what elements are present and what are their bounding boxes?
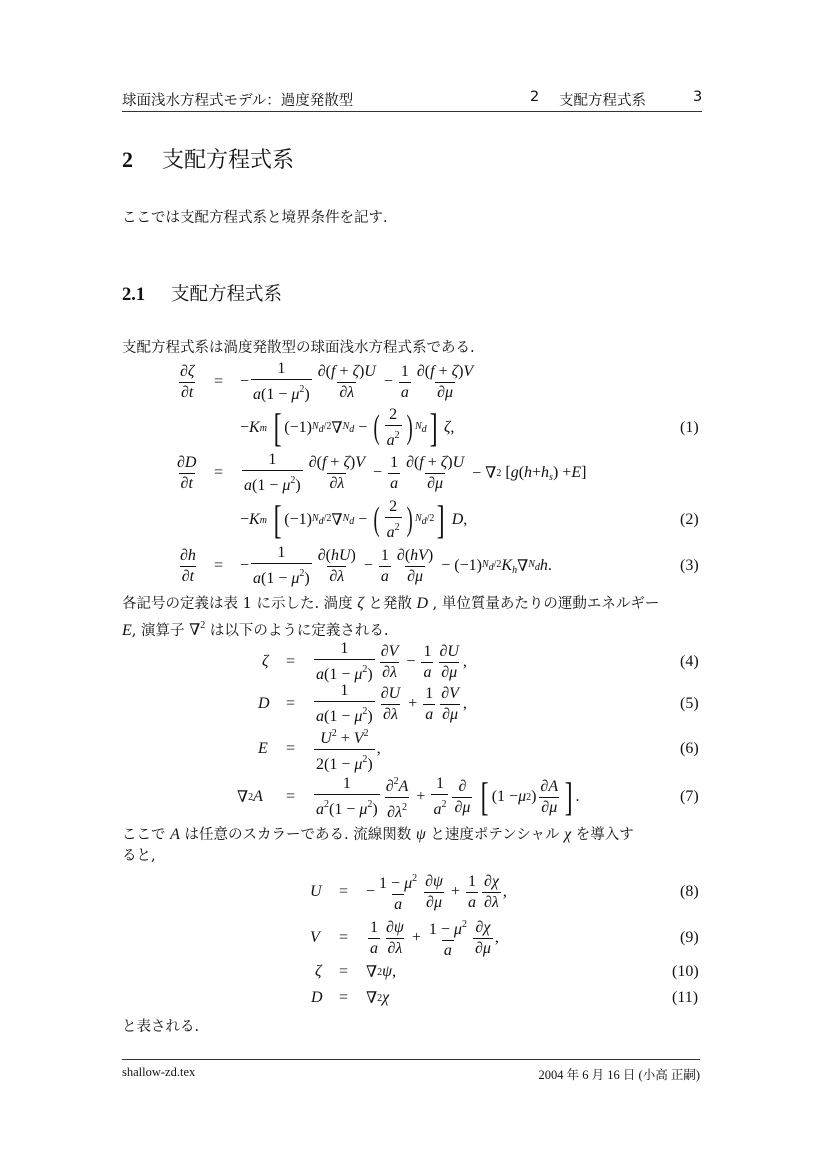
text: を導入す: [571, 827, 634, 843]
section-heading: 2 支配方程式系: [122, 143, 294, 174]
text: は任意のスカラーである. 流線関数: [180, 827, 416, 843]
intro-paragraph: ここでは支配方程式系と境界条件を記す.: [122, 208, 388, 229]
text: , 単位質量あたりの運動エネルギー: [428, 596, 659, 612]
section-number: 2: [122, 147, 133, 172]
footer-date-author: 2004 年 6 月 16 日 (小高 正嗣): [539, 1065, 700, 1083]
subsection-number: 2.1: [122, 285, 145, 305]
subsection-heading: 2.1 支配方程式系: [122, 280, 282, 306]
text: と速度ポテンシャル: [426, 827, 564, 843]
header-rule: [122, 111, 702, 112]
text: と発散: [364, 596, 417, 612]
text: ると,: [122, 848, 156, 864]
subsection-title: 支配方程式系: [171, 284, 282, 305]
text: , 演算子: [132, 623, 189, 639]
running-header-section-number: 2: [530, 89, 539, 105]
running-header-title: 球面浅水方程式モデル：過度発散型: [122, 89, 353, 110]
page-number: 3: [693, 89, 702, 105]
running-header-section-title: 支配方程式系: [559, 89, 646, 110]
section-title: 支配方程式系: [162, 148, 294, 173]
text: 各記号の定義は表 1 に示した. 渦度: [122, 596, 357, 612]
closing-text: と表される.: [122, 1017, 199, 1038]
text: は以下のように定義される.: [205, 623, 388, 639]
paragraph-potentials: ここで A は任意のスカラーである. 流線関数 ψ と速度ポテンシャル χ を導…: [122, 824, 712, 867]
paragraph-definitions: 各記号の定義は表 1 に示した. 渦度 ζ と発散 D , 単位質量あたりの運動…: [122, 593, 712, 642]
text: ここで: [122, 827, 170, 843]
footer-filename: shallow-zd.tex: [122, 1065, 195, 1080]
paragraph-governing: 支配方程式系は渦度発散型の球面浅水方程式系である.: [122, 338, 475, 359]
footer-rule: [122, 1059, 700, 1060]
